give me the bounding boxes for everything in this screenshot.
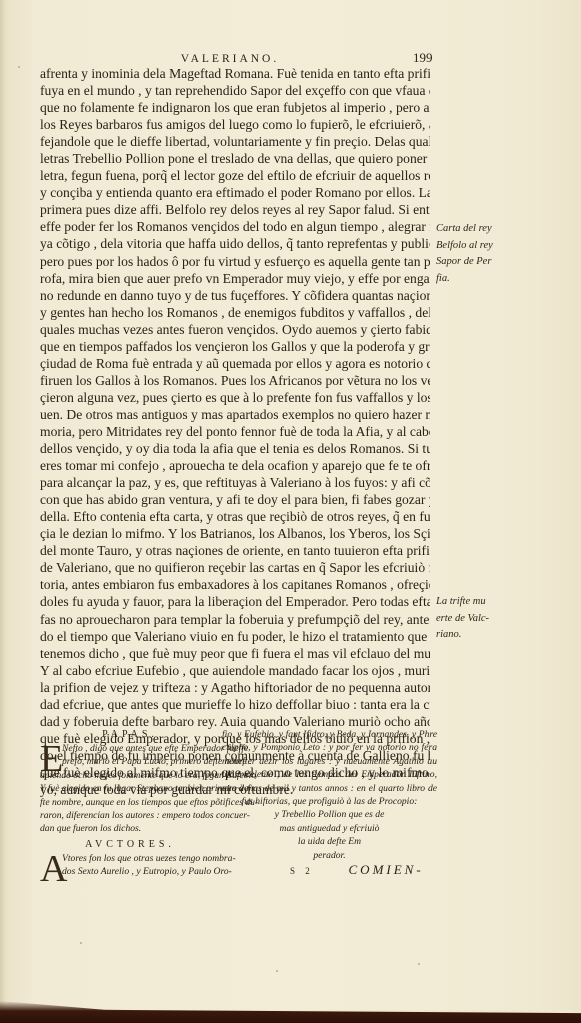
text-line: primera pues dize affi. Belfolo rey delo… — [40, 201, 430, 218]
text-line: Y fuè elegido en fu lugar Stephano tanbi… — [40, 782, 220, 795]
auctores-paragraph: A Vtores fon los que otras uezes tengo n… — [40, 852, 220, 879]
book-page: VALERIANO. 199 afrenta y inominia dela M… — [0, 0, 581, 1010]
text-line: fuya en el mundo , y tan reprehendido Sa… — [40, 82, 430, 99]
margin-note-carta: Carta del reyBelfolo al reySapor de Perf… — [436, 221, 546, 287]
page-number: 199 — [413, 50, 433, 66]
text-line: firuen los Gallos à los Romanos. Pues lo… — [40, 372, 430, 389]
text-line: tor excelente , de los tiempos del Emper… — [222, 768, 437, 781]
paper-speck — [18, 66, 20, 68]
text-line: mas antiguedad y efcriuiò — [222, 822, 437, 835]
text-line: tenemos dicho , que fuè muy peor que fi … — [40, 645, 430, 662]
paper-speck — [418, 963, 420, 965]
page-footer: S 2 COMIEN- — [290, 862, 424, 878]
text-line: dellos vençido, y oy dia toda la afia qu… — [40, 440, 430, 457]
text-line: y conçiba y entienda quanto era eftimado… — [40, 184, 430, 201]
text-line: los Reyes barbaros fus amigos del luego … — [40, 116, 430, 133]
text-line: eres tomar mi confejo , aprouecha te del… — [40, 457, 430, 474]
running-head: VALERIANO. — [170, 53, 290, 65]
text-line: la uida defte Em — [222, 835, 437, 848]
main-text-block: afrenta y inominia dela Mageftad Romana.… — [40, 65, 430, 798]
text-line: ya cõtigo , dela vitoria que haffa uido … — [40, 235, 430, 252]
text-line: no redunde en danno tuyo y de tus fuçeff… — [40, 287, 430, 304]
text-line: la prifion de vejez y trifteza : y Agath… — [40, 679, 430, 696]
text-line: doles fu ayuda y fauor, para la liberaçi… — [40, 593, 430, 610]
margin-note-line: Belfolo al rey — [436, 238, 546, 255]
text-line: fio, y Eufebio, y fant Ifidro, y Beda, y… — [222, 728, 437, 741]
dropcap-e: E — [40, 742, 63, 776]
text-line: Nefto , digo que antes que efte Emperado… — [40, 742, 220, 755]
page-gutter-shadow — [0, 0, 6, 1010]
text-line: de Valeriano, que no quifieron reçebir l… — [40, 559, 430, 576]
text-line: fejandole que le dieffe libertad, volunt… — [40, 133, 430, 150]
catchword: COMIEN- — [349, 862, 424, 877]
text-line: moria, pero Mitridates rey del ponto fen… — [40, 423, 430, 440]
text-line: que à mas de mil y tantos annos : en el … — [222, 782, 437, 795]
text-line: uen. De otros mas antiguos y mas apartad… — [40, 406, 430, 423]
papas-heading: PAPAS. — [40, 728, 220, 742]
margin-note-line: riano. — [436, 627, 546, 644]
text-line: letra, fegun fuena, porq̃ el lector goze… — [40, 167, 430, 184]
text-line: letras Trebellio Pollion pone el treslad… — [40, 150, 430, 167]
margin-note-muerte: La trifte muerte de Valc-riano. — [436, 594, 546, 644]
text-line: çiudad de Roma fuè entrada y aũ quemada … — [40, 355, 430, 372]
text-line: que no folamente fe indignaron los que e… — [40, 99, 430, 116]
auctores-continued-column: fio, y Eufebio, y fant Ifidro, y Beda, y… — [222, 728, 437, 862]
text-line: culpho, y Pomponio Leto : y por fer ya n… — [222, 741, 437, 754]
text-line: perador. — [222, 849, 437, 862]
margin-note-line: La trifte mu — [436, 594, 546, 611]
margin-note-line: fia. — [436, 271, 546, 288]
text-line: Y al cabo efcriue Eufebio , que auiendol… — [40, 662, 430, 679]
text-line: fas no aprouecharon para templar la fobe… — [40, 611, 430, 628]
text-line: çieron alguna vez, pues çierto es que à … — [40, 389, 430, 406]
text-line: y Trebellio Pollion que es de — [222, 808, 437, 821]
papas-paragraph: E Nefto , digo que antes que efte Empera… — [40, 742, 220, 836]
margin-note-line: Sapor de Per — [436, 254, 546, 271]
text-line: del monte Tauro, y otras naçiones de ori… — [40, 542, 430, 559]
text-line: toria, antes embiaron fus embaxadores à … — [40, 576, 430, 593]
text-line: rofa, mira bien que auer prefo vn Empera… — [40, 270, 430, 287]
text-line: raron, diferencian los autores : empero … — [40, 809, 220, 822]
papas-auctores-column: PAPAS. E Nefto , digo que antes que efte… — [40, 728, 220, 879]
margin-note-line: erte de Valc- — [436, 611, 546, 628]
text-line: dan que fueron los dichos. — [40, 822, 220, 835]
text-line: pero pues por los hados ô por fu virtud … — [40, 253, 430, 270]
text-line: que en tiempos paffados los vençieron lo… — [40, 338, 430, 355]
text-line: con que has abido gran ventura, y afi te… — [40, 491, 430, 508]
text-line: afrenta y inominia dela Mageftad Romana.… — [40, 65, 430, 82]
signature-mark: S 2 — [290, 866, 314, 876]
text-line: auiendo ocho mefes folamente que lo era,… — [40, 769, 220, 782]
text-line: effe poder fer los Romanos vençidos del … — [40, 218, 430, 235]
text-line: dad efcriue, que antes que murieffe lo h… — [40, 696, 430, 713]
text-line: çia le dezian lo mifmo. Y los Batrianos,… — [40, 525, 430, 542]
text-line: della. Efto contenia efta carta, y otras… — [40, 508, 430, 525]
text-line: quales muchas vezes antes fueron vençido… — [40, 321, 430, 338]
text-line: prefo, muriò el Papa Lucio, primero deft… — [40, 755, 220, 768]
text-line: y gentes han hecho los Romanos , de enem… — [40, 304, 430, 321]
paper-speck — [276, 970, 278, 972]
dropcap-a: A — [40, 852, 67, 886]
text-line: para alcançar la paz, y es, que reftituy… — [40, 474, 430, 491]
text-line: fte nombre, aunque en los tiempos que ef… — [40, 796, 220, 809]
auctores-heading: AVCTORES. — [40, 838, 220, 852]
margin-note-line: Carta del rey — [436, 221, 546, 238]
text-line: fus hiftorias, que profiguiò à las de Pr… — [222, 795, 437, 808]
text-line: menefter dezir los lugares : y nueuament… — [222, 755, 437, 768]
paper-speck — [80, 942, 82, 944]
text-line: do el tiempo que Valeriano viuio en fu p… — [40, 628, 430, 645]
